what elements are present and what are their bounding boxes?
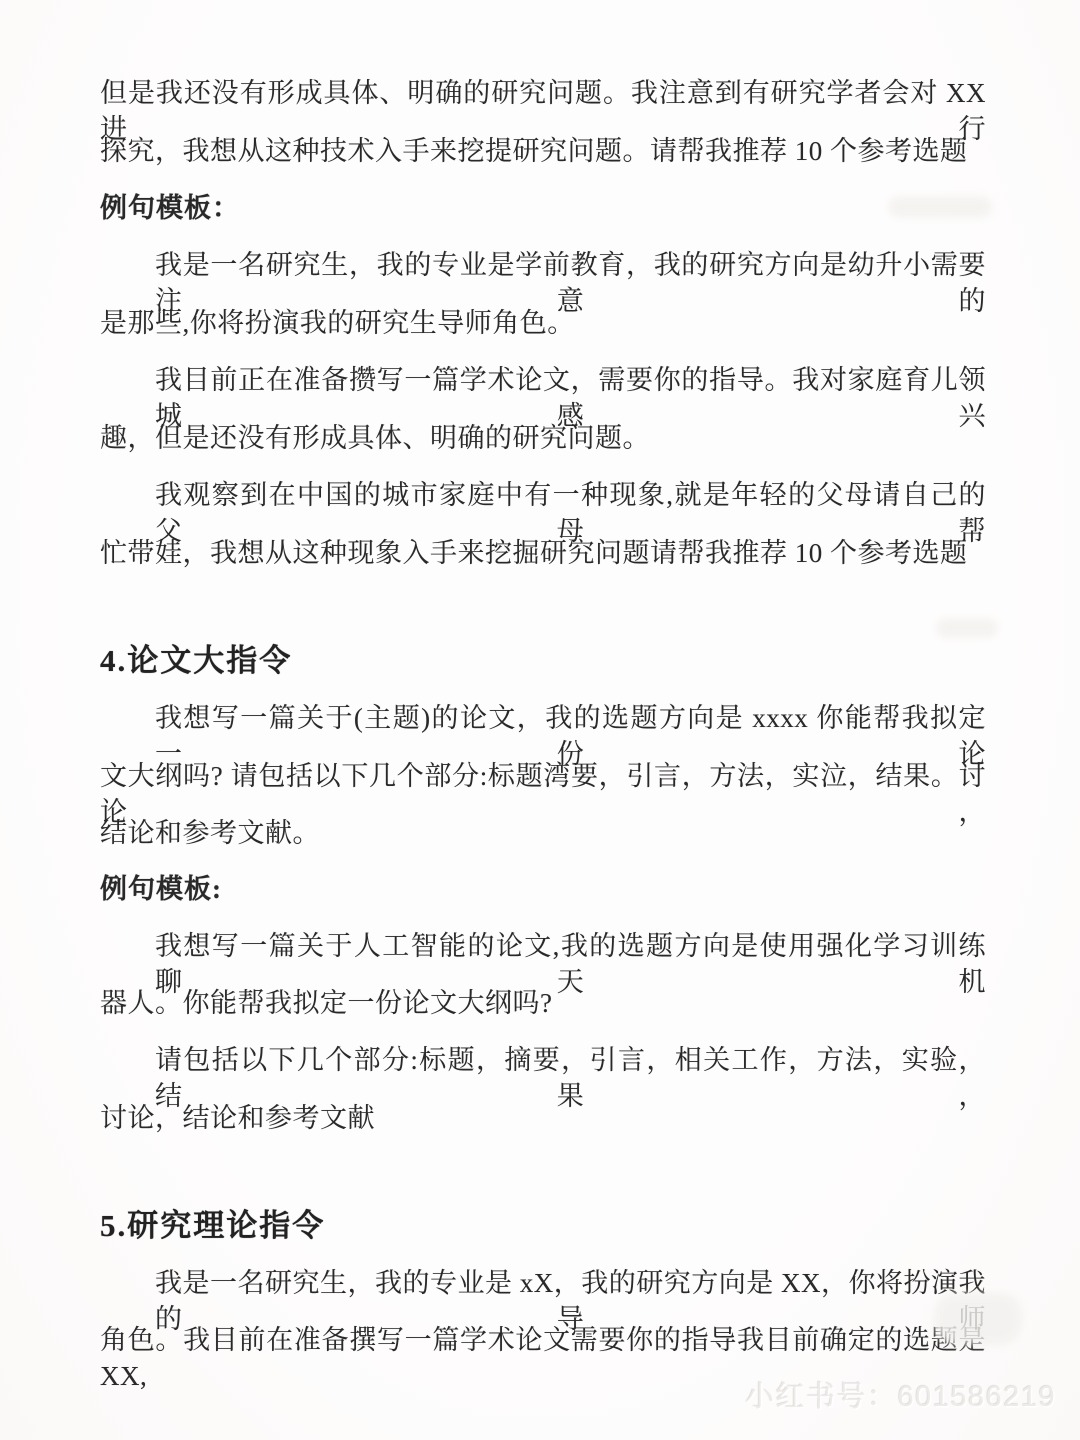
watermark-account-id: 小红书号：601586219	[745, 1374, 1075, 1415]
section-heading-5: 5.研究理论指令	[100, 1208, 986, 1244]
text-line: 是那些,你将扮演我的研究生导师角色。	[100, 305, 986, 341]
section-heading-4: 4.论文大指令	[100, 643, 986, 679]
text-line: 忙带娃，我想从这种现象入手来挖掘研究问题请帮我推荐 10 个参考选题	[100, 535, 986, 571]
text-line: 结论和参考文献。	[100, 815, 986, 851]
text-line: 探究，我想从这种技术入手来挖提研究问题。请帮我推荐 10 个参考选题	[100, 133, 986, 169]
text-line: 趣，但是还没有形成具体、明确的研究问题。	[100, 420, 986, 456]
text-line: 器人。你能帮我拟定一份论文大纲吗?	[100, 985, 986, 1021]
example-template-label: 例句模板:	[100, 871, 986, 907]
photo-artifact-smudge	[934, 1293, 1022, 1345]
example-template-label: 例句模板：	[100, 190, 986, 226]
document-page: 但是我还没有形成具体、明确的研究问题。我注意到有研究学者会对 XX 进行 探究，…	[0, 0, 1080, 1440]
photo-artifact-smudge	[936, 618, 998, 638]
text-line: 讨论，结论和参考文献	[100, 1100, 986, 1136]
photo-artifact-smudge	[888, 196, 992, 218]
